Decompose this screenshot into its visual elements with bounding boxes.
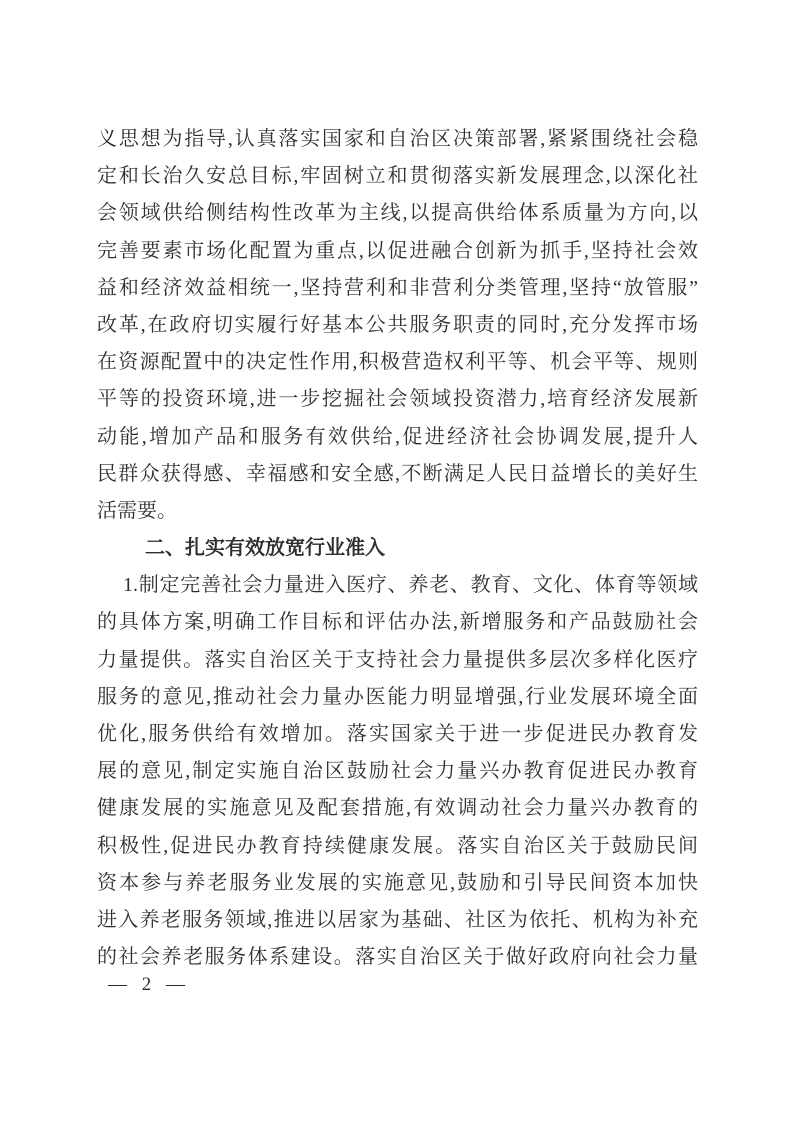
section-heading: 二、扎实有效放宽行业准入	[97, 530, 698, 567]
body-line: 服务的意见,推动社会力量办医能力明显增强,行业发展环境全面	[97, 679, 698, 716]
body-line: 在资源配置中的决定性作用,积极营造权利平等、机会平等、规则	[97, 344, 698, 381]
body-line: 积极性,促进民办教育持续健康发展。落实自治区关于鼓励民间	[97, 828, 698, 865]
body-line: 改革,在政府切实履行好基本公共服务职责的同时,充分发挥市场	[97, 307, 698, 344]
body-line: 资本参与养老服务业发展的实施意见,鼓励和引导民间资本加快	[97, 865, 698, 902]
body-line: 展的意见,制定实施自治区鼓励社会力量兴办教育促进民办教育	[97, 753, 698, 790]
body-line: 活需要。	[97, 493, 698, 530]
body-line: 动能,增加产品和服务有效供给,促进经济社会协调发展,提升人	[97, 419, 698, 456]
body-line: 优化,服务供给有效增加。落实国家关于进一步促进民办教育发	[97, 716, 698, 753]
body-line: 平等的投资环境,进一步挖掘社会领域投资潜力,培育经济发展新	[97, 381, 698, 418]
document-body: 义思想为指导,认真落实国家和自治区决策部署,紧紧围绕社会稳 定和长治久安总目标,…	[97, 121, 698, 976]
body-line: 进入养老服务领域,推进以居家为基础、社区为依托、机构为补充	[97, 902, 698, 939]
document-page: 义思想为指导,认真落实国家和自治区决策部署,紧紧围绕社会稳 定和长治久安总目标,…	[0, 0, 793, 1122]
body-line: 完善要素市场化配置为重点,以促进融合创新为抓手,坚持社会效	[97, 233, 698, 270]
body-line: 益和经济效益相统一,坚持营利和非营利分类管理,坚持“放管服”	[97, 270, 698, 307]
body-line: 会领域供给侧结构性改革为主线,以提高供给体系质量为方向,以	[97, 195, 698, 232]
body-line: 的社会养老服务体系建设。落实自治区关于做好政府向社会力量	[97, 939, 698, 976]
body-line: 健康发展的实施意见及配套措施,有效调动社会力量兴办教育的	[97, 790, 698, 827]
body-line: 定和长治久安总目标,牢固树立和贯彻落实新发展理念,以深化社	[97, 158, 698, 195]
body-line: 1.制定完善社会力量进入医疗、养老、教育、文化、体育等领域	[97, 567, 698, 604]
body-line: 的具体方案,明确工作目标和评估办法,新增服务和产品鼓励社会	[97, 604, 698, 641]
body-line: 力量提供。落实自治区关于支持社会力量提供多层次多样化医疗	[97, 642, 698, 679]
page-number: — 2 —	[108, 973, 185, 996]
body-line: 义思想为指导,认真落实国家和自治区决策部署,紧紧围绕社会稳	[97, 121, 698, 158]
body-line: 民群众获得感、幸福感和安全感,不断满足人民日益增长的美好生	[97, 456, 698, 493]
